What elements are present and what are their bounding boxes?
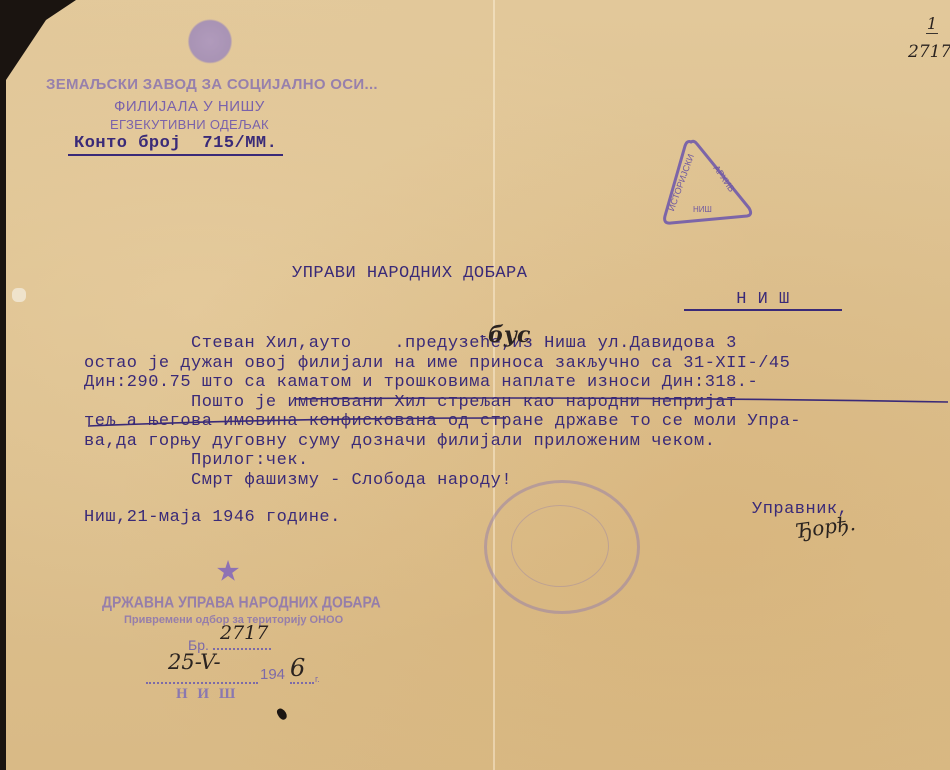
addressee-city: Н И Ш xyxy=(684,290,842,311)
receipt-date-value: 25-V- xyxy=(168,650,221,674)
star-icon: ★ xyxy=(216,552,240,592)
addressee-name: УПРАВИ НАРОДНИХ ДОБАРА xyxy=(292,264,527,283)
receipt-stamp-institution: ДРЖАВНА УПРАВА НАРОДНИХ ДОБАРА xyxy=(102,593,381,611)
receipt-year-g: г. xyxy=(315,674,320,684)
account-number: Конто број 715/ММ. xyxy=(68,134,283,156)
document-paper: ЗЕМАЉСКИ ЗАВОД ЗА СОЦИЈАЛНО ОСИ... ФИЛИЈ… xyxy=(6,0,950,770)
archive-stamp-triangle: ИСТОРИЈСКИ АРХИВ НИШ xyxy=(661,138,756,228)
header-stamp-institution: ЗЕМАЉСКИ ЗАВОД ЗА СОЦИЈАЛНО ОСИ... xyxy=(46,76,378,93)
receipt-year-dotline xyxy=(290,680,314,684)
round-stamp-emblem xyxy=(511,505,609,587)
receipt-date-dotline xyxy=(146,680,258,684)
receipt-year-suffix: 6 xyxy=(290,654,305,682)
body-line-3: Дин:290.75 што са каматом и трошковима н… xyxy=(84,373,801,393)
body-line-2: остао је дужан овој филијали на име прин… xyxy=(84,354,801,374)
underline-marks xyxy=(86,392,950,442)
ink-blot xyxy=(276,707,289,721)
handwritten-insert: бус xyxy=(488,322,530,348)
header-stamp-branch: ФИЛИЈАЛА У НИШУ xyxy=(114,98,265,115)
paper-tear xyxy=(12,288,26,302)
receipt-stamp-city: Н И Ш xyxy=(176,686,238,703)
corner-note-top: 1 xyxy=(926,14,938,34)
round-stamp xyxy=(484,480,640,614)
archive-stamp-line2: АРХИВ xyxy=(711,163,736,193)
corner-note-number: 2717 xyxy=(908,42,950,62)
body-line-7: Прилог:чек. xyxy=(84,451,801,471)
body-line-8: Смрт фашизму - Слобода народу! xyxy=(84,471,801,491)
archive-stamp-line3: НИШ xyxy=(693,205,712,214)
body-line-1: Стеван Хил,ауто .предузеће,из Ниша ул.Да… xyxy=(84,334,801,354)
header-stamp-department: ЕГЗЕКУТИВНИ ОДЕЉАК xyxy=(110,117,269,132)
receipt-year-prefix: 194 xyxy=(260,666,285,683)
receipt-number-value: 2717 xyxy=(220,622,268,644)
date-line: Ниш,21-маја 1946 године. xyxy=(84,508,341,527)
emblem-icon xyxy=(186,18,234,70)
